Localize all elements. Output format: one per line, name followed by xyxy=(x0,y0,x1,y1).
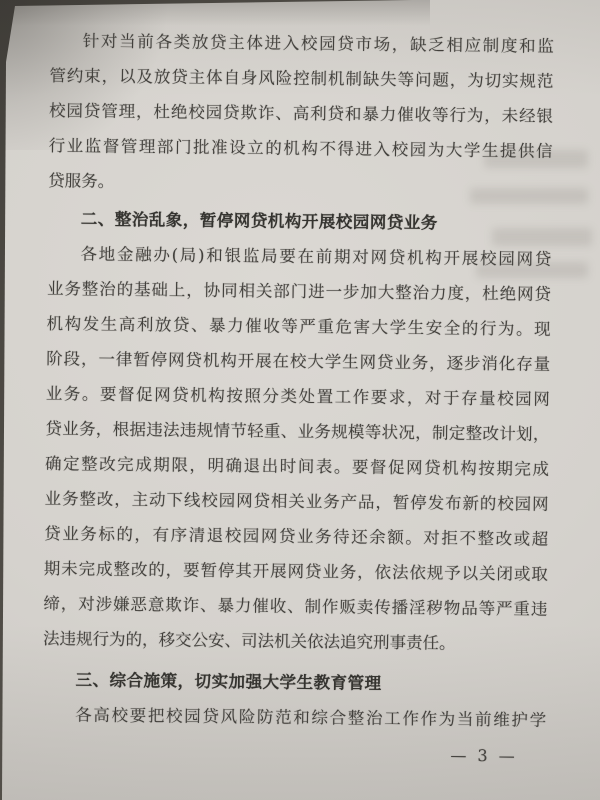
text-line: 针对当前各类放贷主体进入校园贷市场，缺乏相应制度和监 xyxy=(50,23,554,64)
text-line: 管约束，以及放贷主体自身风险控制机制缺失等问题，为切实规范 xyxy=(49,58,553,99)
text-line: 贷业务，根据违法违规情节轻重、业务规模等状况，制定整改计划， xyxy=(45,411,549,452)
paragraph-campus-loan-intro: 针对当前各类放贷主体进入校园贷市场，缺乏相应制度和监 管约束，以及放贷主体自身风… xyxy=(48,23,554,204)
text-line: 行业监督管理部门批准设立的机构不得进入校园为大学生提供信 xyxy=(48,128,552,169)
text-line: 贷服务。 xyxy=(48,163,552,204)
text-line: 各地金融办(局)和银监局要在前期对网贷机构开展校园网贷 xyxy=(47,236,551,277)
text-line: 期未完成整改的，要暂停其开展网贷业务，依法依规予以关闭或取 xyxy=(44,551,548,592)
heading-section-3: 三、综合施策，切实加强大学生教育管理 xyxy=(42,662,546,703)
document-text: 针对当前各类放贷主体进入校园贷市场，缺乏相应制度和监 管约束，以及放贷主体自身风… xyxy=(42,23,554,774)
text-line: 业务。要督促网贷机构按照分类处置工作要求，对于存量校园网 xyxy=(46,376,550,417)
text-line: 业务整治的基础上，协同相关部门进一步加大整治力度，杜绝网贷 xyxy=(47,271,551,312)
paragraph-education-management: 各高校要把校园贷风险防范和综合整治工作作为当前维护学 xyxy=(42,697,546,738)
text-line: 缔，对涉嫌恶意欺诈、暴力催收、制作贩卖传播淫秽物品等严重违 xyxy=(43,586,547,627)
text-line: 阶段，一律暂停网贷机构开展在校大学生网贷业务，逐步消化存量 xyxy=(46,341,550,382)
text-line: 各高校要把校园贷风险防范和综合整治工作作为当前维护学 xyxy=(42,697,546,738)
heading-section-2: 二、整治乱象，暂停网贷机构开展校园网贷业务 xyxy=(48,201,552,242)
text-line: 贷业务标的，有序清退校园网贷业务待还余额。对拒不整改或超 xyxy=(44,516,548,557)
text-line: 校园贷管理，杜绝校园贷欺诈、高利贷和暴力催收等行为，未经银 xyxy=(49,93,553,134)
text-line: 法违规行为的，移交公安、司法机关依法追究刑事责任。 xyxy=(43,621,547,662)
text-line: 确定整改完成期限，明确退出时间表。要督促网贷机构按期完成 xyxy=(45,446,549,487)
text-line: 机构发生高利放贷、暴力催收等严重危害大学生安全的行为。现 xyxy=(46,306,550,347)
text-line: 业务整改，主动下线校园网贷相关业务产品，暂停发布新的校园网 xyxy=(44,481,548,522)
document-photo: 针对当前各类放贷主体进入校园贷市场，缺乏相应制度和监 管约束，以及放贷主体自身风… xyxy=(0,0,600,800)
paragraph-rectification-measures: 各地金融办(局)和银监局要在前期对网贷机构开展校园网贷 业务整治的基础上，协同相… xyxy=(43,236,552,662)
page-number: — 3 — xyxy=(42,733,546,774)
